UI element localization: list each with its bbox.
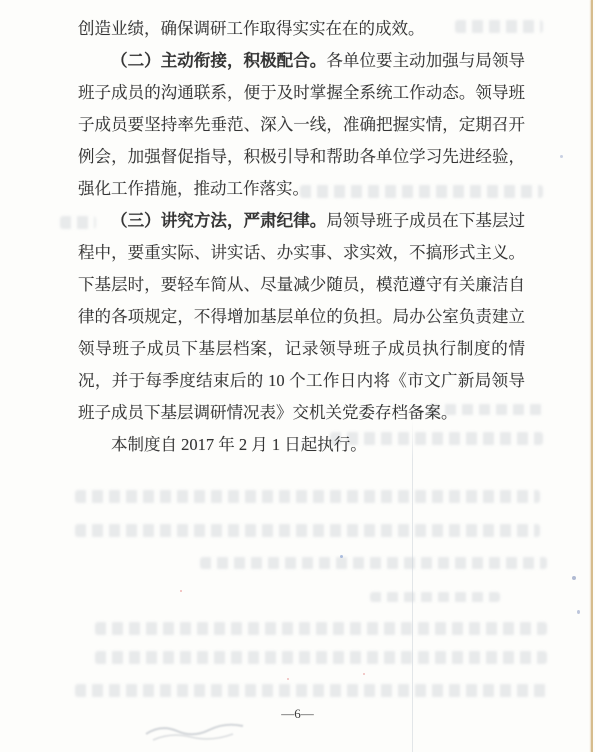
bleed-through-smudge <box>95 622 547 635</box>
page-number: —6— <box>0 706 595 722</box>
scan-speck <box>363 673 365 675</box>
paragraph-continuation: 创造业绩，确保调研工作取得实实在在的成效。 <box>78 13 525 45</box>
scan-speck <box>572 576 576 580</box>
scan-speck <box>560 155 563 158</box>
paragraph-lead: （二）主动衔接，积极配合。 <box>111 51 326 70</box>
paragraph-item-2: （二）主动衔接，积极配合。各单位要主动加强与局领导班子成员的沟通联系，便于及时掌… <box>78 45 525 205</box>
document-page: 创造业绩，确保调研工作取得实实在在的成效。 （二）主动衔接，积极配合。各单位要主… <box>0 0 595 752</box>
scan-edge-line <box>591 0 593 752</box>
bleed-through-smudge <box>95 651 547 664</box>
paragraph-text: 本制度自 2017 年 2 月 1 日起执行。 <box>111 435 367 454</box>
bleed-through-smudge <box>200 557 547 569</box>
fold-line-artifact <box>412 420 413 752</box>
paragraph-text: 局领导班子成员在下基层过程中，要重实际、讲实话、办实事、求实效，不搞形式主义。下… <box>78 211 525 422</box>
bleed-through-smudge <box>75 684 547 697</box>
scan-speck <box>577 610 580 614</box>
bleed-through-smudge <box>75 524 540 537</box>
scan-speck <box>340 555 343 558</box>
scan-speck <box>287 678 289 680</box>
paragraph-lead: （三）讲究方法，严肃纪律。 <box>111 211 326 230</box>
scan-speck <box>180 590 182 592</box>
paragraph-text: 各单位要主动加强与局领导班子成员的沟通联系，便于及时掌握全系统工作动态。领导班子… <box>78 51 525 198</box>
bleed-through-smudge <box>370 592 500 602</box>
paragraph-item-3: （三）讲究方法，严肃纪律。局领导班子成员在下基层过程中，要重实际、讲实话、办实事… <box>78 205 525 429</box>
paragraph-closing: 本制度自 2017 年 2 月 1 日起执行。 <box>78 429 525 461</box>
bleed-through-smudge <box>75 490 540 503</box>
body-text: 创造业绩，确保调研工作取得实实在在的成效。 （二）主动衔接，积极配合。各单位要主… <box>78 13 525 461</box>
paragraph-text: 创造业绩，确保调研工作取得实实在在的成效。 <box>78 19 425 38</box>
